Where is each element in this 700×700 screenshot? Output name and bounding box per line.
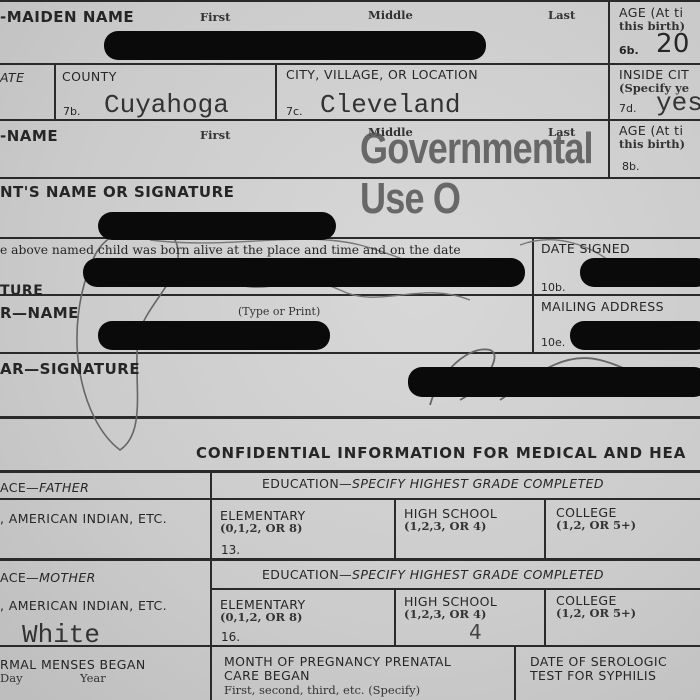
signature-label: TURE [0, 283, 43, 299]
city-label: CITY, VILLAGE, OR LOCATION [286, 67, 478, 82]
mother-age-label-line1: AGE (At ti [619, 5, 683, 20]
rule [0, 63, 700, 65]
redacted-certifier-signature [83, 258, 525, 287]
attendant-name-label: R—NAME [0, 304, 79, 322]
county-value: Cuyahoga [104, 90, 229, 120]
father-race-options: , AMERICAN INDIAN, ETC. [0, 511, 167, 526]
rule [0, 0, 700, 2]
rule [394, 588, 396, 645]
mother-education-prefix: EDUCATION— [262, 567, 352, 582]
mailing-address-field-no: 10e. [541, 336, 565, 349]
inside-city-label-line1: INSIDE CIT [619, 67, 689, 82]
certification-statement: e above named child was born alive at th… [0, 243, 461, 257]
mother-elementary-field-no: 16. [221, 630, 240, 644]
rule [0, 645, 700, 647]
father-race-label: ACE—FATHER [0, 480, 89, 495]
serologic-label-line2: TEST FOR SYPHILIS [530, 668, 656, 683]
father-education-prefix: EDUCATION— [262, 476, 352, 491]
serologic-label-line1: DATE OF SEROLOGIC [530, 654, 667, 669]
mother-first-label: First [200, 10, 230, 24]
father-name-label: -NAME [0, 127, 58, 145]
birth-certificate-document: -MAIDEN NAME First Middle Last AGE (At t… [0, 0, 700, 700]
rule [0, 352, 700, 354]
mother-college-range: (1,2, OR 5+) [556, 606, 636, 620]
mailing-address-label: MAILING ADDRESS [541, 299, 664, 314]
rule [275, 63, 277, 119]
mother-middle-label: Middle [368, 8, 413, 22]
father-education-emph: SPECIFY HIGHEST GRADE COMPLETED [352, 476, 604, 491]
governmental-use-stamp: Governmental Use O [360, 124, 639, 224]
mother-race-label: ACE—MOTHER [0, 570, 96, 585]
mother-highschool-value: 4 [469, 620, 482, 644]
mother-last-label: Last [548, 8, 575, 22]
father-age-field-no: 8b. [622, 160, 639, 173]
menses-label: RMAL MENSES BEGAN [0, 657, 146, 672]
confidential-section-title: CONFIDENTIAL INFORMATION FOR MEDICAL AND… [196, 444, 686, 462]
mother-race-value: White [22, 620, 100, 650]
informant-label: NT'S NAME OR SIGNATURE [0, 183, 234, 201]
mother-race-label-emph: MOTHER [39, 570, 96, 585]
rule [544, 588, 546, 645]
registrar-signature-label: AR—SIGNATURE [0, 360, 140, 378]
mother-maiden-name-label: -MAIDEN NAME [0, 8, 134, 26]
father-elementary-field-no: 13. [221, 543, 240, 557]
rule [210, 470, 212, 700]
rule [0, 294, 700, 296]
mother-highschool-range: (1,2,3, OR 4) [404, 607, 486, 621]
county-label: COUNTY [62, 69, 117, 84]
father-education-label: EDUCATION—SPECIFY HIGHEST GRADE COMPLETE… [262, 476, 604, 491]
rule [544, 498, 546, 558]
rule [532, 237, 534, 352]
father-highschool-range: (1,2,3, OR 4) [404, 519, 486, 533]
redacted-date-signed [580, 258, 700, 287]
county-field-no: 7b. [63, 105, 80, 118]
mother-race-label-prefix: ACE— [0, 570, 39, 585]
mother-education-emph: SPECIFY HIGHEST GRADE COMPLETED [352, 567, 604, 582]
inside-city-value: yes [656, 88, 700, 118]
redacted-mother-name [104, 31, 486, 60]
city-value: Cleveland [320, 90, 460, 120]
prenatal-hint: First, second, third, etc. (Specify) [224, 683, 420, 697]
father-age-label-line1: AGE (At ti [619, 123, 683, 138]
date-signed-field-no: 10b. [541, 281, 565, 294]
rule [394, 498, 396, 558]
father-first-label: First [200, 128, 230, 142]
mother-race-options: , AMERICAN INDIAN, ETC. [0, 598, 167, 613]
father-age-label-line2: this birth) [619, 137, 685, 151]
father-college-range: (1,2, OR 5+) [556, 518, 636, 532]
city-field-no: 7c. [286, 105, 303, 118]
rule [210, 588, 700, 590]
state-label: ATE [0, 70, 24, 85]
mother-education-label: EDUCATION—SPECIFY HIGHEST GRADE COMPLETE… [262, 567, 604, 582]
rule [0, 416, 700, 419]
rule [0, 470, 700, 473]
redacted-attendant-name [98, 321, 330, 350]
prenatal-label-line1: MONTH OF PREGNANCY PRENATAL [224, 654, 451, 669]
inside-city-field-no: 7d. [619, 102, 636, 115]
date-signed-label: DATE SIGNED [541, 241, 630, 256]
menses-day-label: Day [0, 671, 23, 685]
mother-elementary-range: (0,1,2, OR 8) [220, 610, 302, 624]
rule [54, 63, 56, 119]
redacted-registrar-signature [408, 367, 700, 397]
father-race-label-prefix: ACE— [0, 480, 39, 495]
rule [0, 498, 700, 500]
prenatal-label-line2: CARE BEGAN [224, 668, 310, 683]
rule [514, 645, 516, 700]
mother-age-value: 20 [656, 29, 690, 59]
menses-year-label: Year [80, 671, 106, 685]
father-elementary-range: (0,1,2, OR 8) [220, 521, 302, 535]
father-race-label-emph: FATHER [39, 480, 89, 495]
rule [0, 558, 700, 561]
type-or-print-hint: (Type or Print) [238, 305, 320, 318]
redacted-mailing-address [570, 321, 700, 350]
mother-age-field-no: 6b. [619, 44, 639, 57]
redacted-informant [98, 212, 336, 240]
